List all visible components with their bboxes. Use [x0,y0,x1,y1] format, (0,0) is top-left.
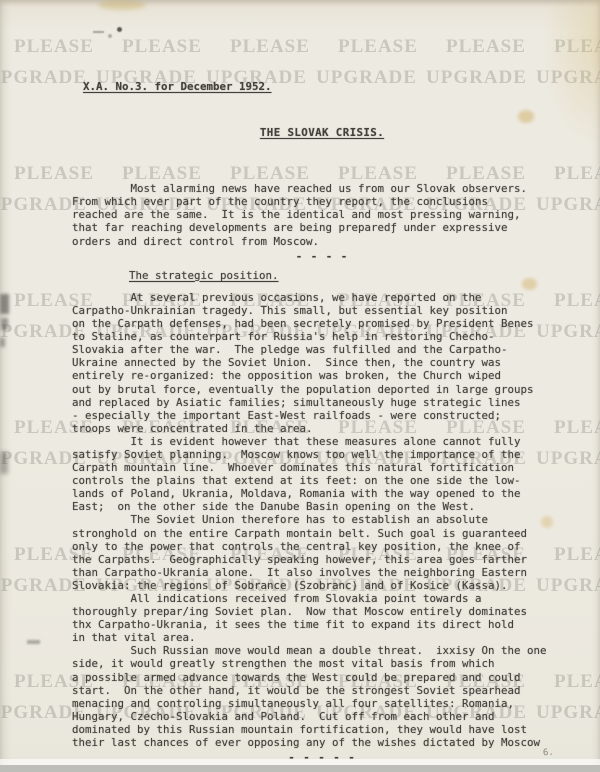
ink-smudge [27,640,40,644]
paper-stain-top-edge [98,0,146,10]
separator-dashes-top: - - - - [72,250,572,263]
separator-dashes-bottom: - - - - - [72,751,572,764]
document-content: X.A. No.3. for December 1952. THE SLOVAK… [72,80,572,766]
paragraph-carpatho-ukraine: At several previous occasions, we have r… [72,291,572,435]
ink-smudge [1,318,8,330]
document-title: THE SLOVAK CRISIS. [72,126,572,139]
paragraph-intro: Most alarming news have reached us from … [72,182,572,247]
watermark-word: PLEASE [338,36,446,58]
paragraph-double-threat: Such Russian move would mean a double th… [72,644,572,749]
ink-smudge [0,452,8,474]
watermark-word: PLEASE [230,36,338,58]
paragraph-indications: All indications received from Slovakia p… [72,592,572,644]
watermark-word: PLEASE [14,36,122,58]
pencil-mark [108,34,112,38]
section-heading-strategic-position: The strategic position. [129,269,572,282]
watermark-word: PLEASE [446,36,554,58]
ink-smudge [0,338,5,347]
reference-line: X.A. No.3. for December 1952. [83,80,272,93]
pencil-mark [93,31,104,33]
watermark-word: PLEASE [554,36,600,58]
pencil-mark [117,27,122,32]
paragraph-stronghold: The Soviet Union therefore has to establ… [72,513,572,592]
watermark-word: PLEASE [122,36,230,58]
page-number-mark: 6. [543,748,555,759]
paragraph-soviet-planning: It is evident however that these measure… [72,435,572,514]
scanned-document-page: PLEASEPLEASEPLEASEPLEASEPLEASEPLEASEUPGR… [0,0,600,772]
ink-smudge [0,294,9,314]
